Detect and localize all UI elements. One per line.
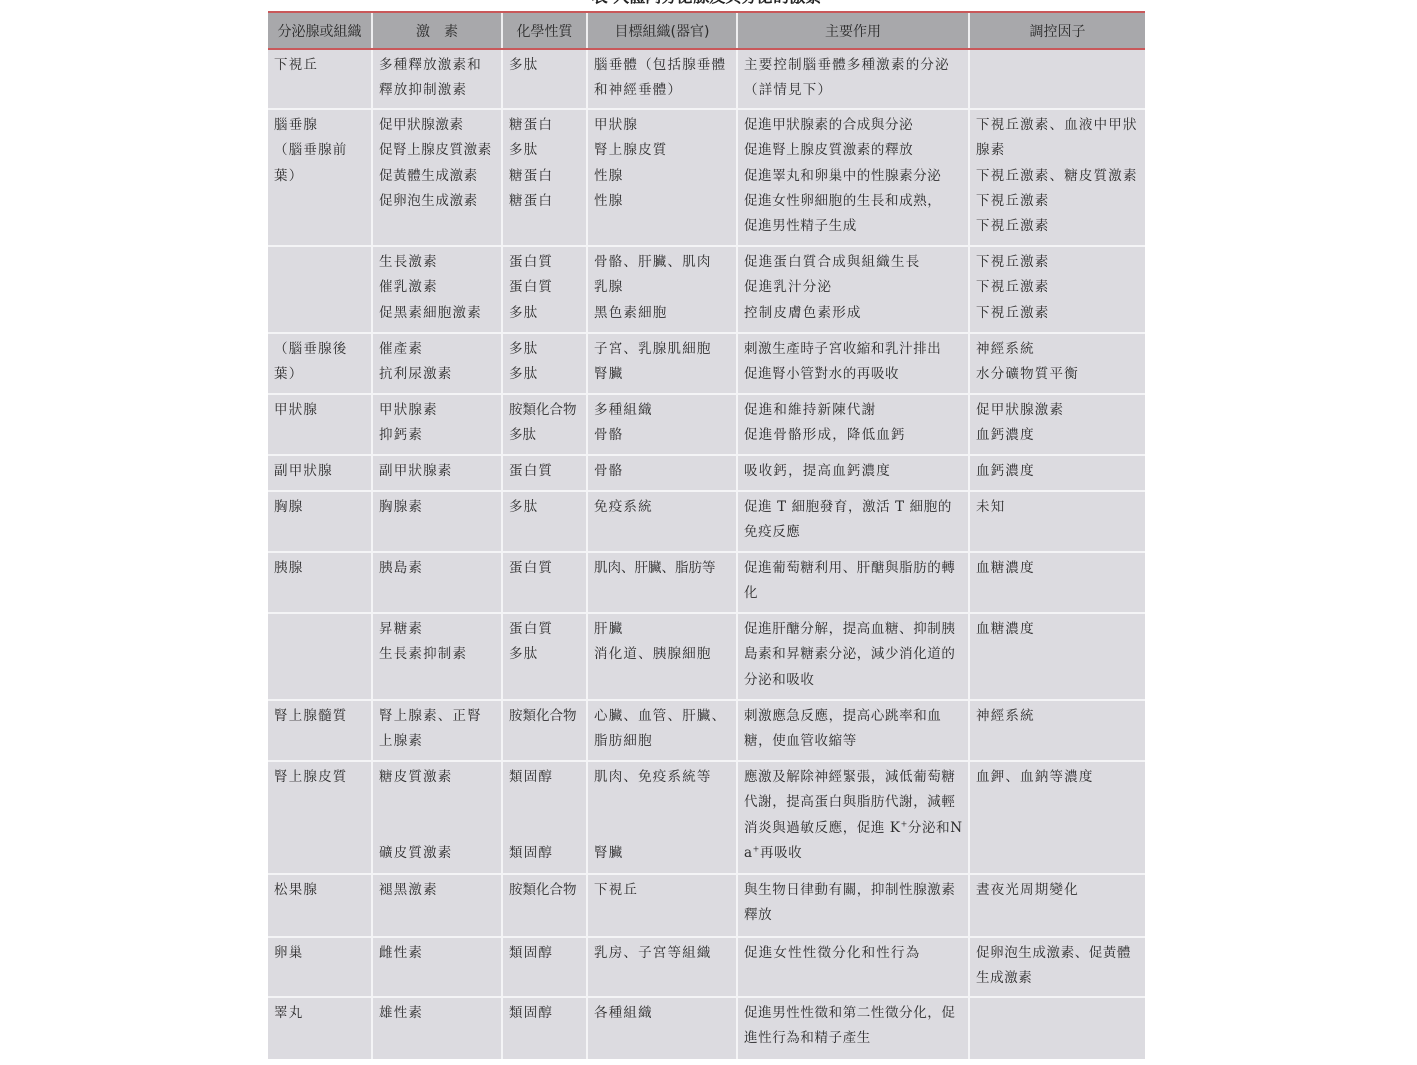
cell-function: 促進女性性徵分化和性行為 bbox=[737, 937, 969, 997]
cell-function: 刺激生產時子宮收縮和乳汁排出 促進腎小管對水的再吸收 bbox=[737, 333, 969, 394]
cell-chemistry: 糖蛋白 多肽 糖蛋白 糖蛋白 bbox=[502, 109, 587, 246]
cell-target: 下視丘 bbox=[587, 874, 737, 937]
cell-chemistry: 多肽 多肽 bbox=[502, 333, 587, 394]
cell-function: 刺激應急反應，提高心跳率和血糖，使血管收縮等 bbox=[737, 700, 969, 761]
cell-regulation: 未知 bbox=[969, 491, 1145, 552]
cell-regulation: 促甲狀腺激素 血鈣濃度 bbox=[969, 394, 1145, 455]
cell-function: 促進 T 細胞發育，激活 T 細胞的免疫反應 bbox=[737, 491, 969, 552]
cell-hormone: 多種釋放激素和釋放抑制激素 bbox=[372, 49, 502, 109]
function-text: 再吸收 bbox=[760, 845, 802, 861]
header-target: 目標組織(器官) bbox=[587, 12, 737, 49]
cell-hormone: 褪黑激素 bbox=[372, 874, 502, 937]
cell-chemistry: 胺類化合物 bbox=[502, 700, 587, 761]
cell-hormone: 生長激素 催乳激素 促黑素細胞激素 bbox=[372, 246, 502, 333]
cell-regulation bbox=[969, 997, 1145, 1059]
table-row: 腎上腺髓質 腎上腺素、正腎上腺素 胺類化合物 心臟、血管、肝臟、脂肪細胞 刺激應… bbox=[268, 700, 1145, 761]
cell-target: 甲狀腺 腎上腺皮質 性腺 性腺 bbox=[587, 109, 737, 246]
cell-target: 免疫系統 bbox=[587, 491, 737, 552]
cell-chemistry: 類固醇 類固醇 bbox=[502, 761, 587, 874]
cell-hormone: 昇糖素 生長素抑制素 bbox=[372, 613, 502, 700]
cell-regulation: 血鉀、血鈉等濃度 bbox=[969, 761, 1145, 874]
cell-regulation: 神經系統 水分礦物質平衡 bbox=[969, 333, 1145, 394]
cell-target: 骨骼、肝臟、肌肉 乳腺 黑色素細胞 bbox=[587, 246, 737, 333]
cell-regulation: 下視丘激素、血液中甲狀腺素 下視丘激素、糖皮質激素 下視丘激素 下視丘激素 bbox=[969, 109, 1145, 246]
cell-hormone: 促甲狀腺激素 促腎上腺皮質激素 促黃體生成激素 促卵泡生成激素 bbox=[372, 109, 502, 246]
table-row: 昇糖素 生長素抑制素 蛋白質 多肽 肝臟 消化道、胰腺細胞 促進肝醣分解，提高血… bbox=[268, 613, 1145, 700]
cell-target: 肝臟 消化道、胰腺細胞 bbox=[587, 613, 737, 700]
table-row: 下視丘 多種釋放激素和釋放抑制激素 多肽 腦垂體（包括腺垂體和神經垂體） 主要控… bbox=[268, 49, 1145, 109]
table-row: 卵巢 雌性素 類固醇 乳房、子宮等組織 促進女性性徵分化和性行為 促卵泡生成激素… bbox=[268, 937, 1145, 997]
table-row: 睪丸 雄性素 類固醇 各種組織 促進男性性徵和第二性徵分化，促進性行為和精子產生 bbox=[268, 997, 1145, 1059]
cell-chemistry: 類固醇 bbox=[502, 937, 587, 997]
table-row: 胰腺 胰島素 蛋白質 肌肉、肝臟、脂肪等 促進葡萄糖利用、肝醣與脂肪的轉化 血糖… bbox=[268, 552, 1145, 613]
cell-regulation: 血鈣濃度 bbox=[969, 455, 1145, 491]
cell-target: 肌肉、免疫系統等 腎臟 bbox=[587, 761, 737, 874]
cell-chemistry: 類固醇 bbox=[502, 997, 587, 1059]
cell-hormone: 雄性素 bbox=[372, 997, 502, 1059]
cell-regulation: 促卵泡生成激素、促黃體生成激素 bbox=[969, 937, 1145, 997]
cell-gland bbox=[268, 246, 372, 333]
cell-chemistry: 胺類化合物 多肽 bbox=[502, 394, 587, 455]
cell-target: 骨骼 bbox=[587, 455, 737, 491]
table-header-row: 分泌腺或組織 激 素 化學性質 目標組織(器官) 主要作用 調控因子 bbox=[268, 12, 1145, 49]
table-title: 表 人體內分泌腺及其分泌的激素 bbox=[268, 0, 1145, 7]
header-regulation: 調控因子 bbox=[969, 12, 1145, 49]
cell-chemistry: 多肽 bbox=[502, 491, 587, 552]
cell-gland: 松果腺 bbox=[268, 874, 372, 937]
cell-chemistry: 蛋白質 蛋白質 多肽 bbox=[502, 246, 587, 333]
superscript-plus: + bbox=[901, 819, 908, 828]
cell-hormone: 雌性素 bbox=[372, 937, 502, 997]
cell-target: 腦垂體（包括腺垂體和神經垂體） bbox=[587, 49, 737, 109]
cell-hormone: 腎上腺素、正腎上腺素 bbox=[372, 700, 502, 761]
cell-chemistry: 胺類化合物 bbox=[502, 874, 587, 937]
cell-regulation: 下視丘激素 下視丘激素 下視丘激素 bbox=[969, 246, 1145, 333]
cell-gland: 腎上腺髓質 bbox=[268, 700, 372, 761]
cell-function: 吸收鈣，提高血鈣濃度 bbox=[737, 455, 969, 491]
cell-function: 應激及解除神經緊張，減低葡萄糖代謝，提高蛋白與脂肪代謝，減輕消炎與過敏反應，促進… bbox=[737, 761, 969, 874]
header-gland: 分泌腺或組織 bbox=[268, 12, 372, 49]
cell-gland bbox=[268, 613, 372, 700]
cell-function: 促進甲狀腺素的合成與分泌 促進腎上腺皮質激素的釋放 促進睪丸和卵巢中的性腺素分泌… bbox=[737, 109, 969, 246]
cell-target: 心臟、血管、肝臟、脂肪細胞 bbox=[587, 700, 737, 761]
cell-hormone: 胸腺素 bbox=[372, 491, 502, 552]
superscript-plus: + bbox=[753, 845, 760, 854]
header-chemistry: 化學性質 bbox=[502, 12, 587, 49]
cell-function: 主要控制腦垂體多種激素的分泌（詳情見下） bbox=[737, 49, 969, 109]
table-row: 胸腺 胸腺素 多肽 免疫系統 促進 T 細胞發育，激活 T 細胞的免疫反應 未知 bbox=[268, 491, 1145, 552]
cell-hormone: 催產素 抗利尿激素 bbox=[372, 333, 502, 394]
cell-regulation: 血糖濃度 bbox=[969, 613, 1145, 700]
table-row: 甲狀腺 甲狀腺素 抑鈣素 胺類化合物 多肽 多種組織 骨骼 促進和維持新陳代謝 … bbox=[268, 394, 1145, 455]
cell-gland: 甲狀腺 bbox=[268, 394, 372, 455]
cell-hormone: 糖皮質激素 礦皮質激素 bbox=[372, 761, 502, 874]
cell-target: 肌肉、肝臟、脂肪等 bbox=[587, 552, 737, 613]
cell-gland: 卵巢 bbox=[268, 937, 372, 997]
cell-regulation: 晝夜光周期變化 bbox=[969, 874, 1145, 937]
cell-gland: 睪丸 bbox=[268, 997, 372, 1059]
cell-function: 促進男性性徵和第二性徵分化，促進性行為和精子產生 bbox=[737, 997, 969, 1059]
cell-function: 促進蛋白質合成與組織生長 促進乳汁分泌 控制皮膚色素形成 bbox=[737, 246, 969, 333]
cell-regulation: 神經系統 bbox=[969, 700, 1145, 761]
cell-regulation bbox=[969, 49, 1145, 109]
cell-function: 促進葡萄糖利用、肝醣與脂肪的轉化 bbox=[737, 552, 969, 613]
header-function: 主要作用 bbox=[737, 12, 969, 49]
cell-chemistry: 多肽 bbox=[502, 49, 587, 109]
cell-function: 與生物日律動有關，抑制性腺激素釋放 bbox=[737, 874, 969, 937]
endocrine-gland-table: 分泌腺或組織 激 素 化學性質 目標組織(器官) 主要作用 調控因子 下視丘 多… bbox=[268, 11, 1145, 1059]
cell-target: 子宮、乳腺肌細胞 腎臟 bbox=[587, 333, 737, 394]
cell-regulation: 血糖濃度 bbox=[969, 552, 1145, 613]
header-hormone: 激 素 bbox=[372, 12, 502, 49]
table-row: 副甲狀腺 副甲狀腺素 蛋白質 骨骼 吸收鈣，提高血鈣濃度 血鈣濃度 bbox=[268, 455, 1145, 491]
cell-gland: 腦垂腺 （腦垂腺前葉） bbox=[268, 109, 372, 246]
cell-chemistry: 蛋白質 多肽 bbox=[502, 613, 587, 700]
table-row: 腦垂腺 （腦垂腺前葉） 促甲狀腺激素 促腎上腺皮質激素 促黃體生成激素 促卵泡生… bbox=[268, 109, 1145, 246]
cell-gland: 胸腺 bbox=[268, 491, 372, 552]
cell-function: 促進和維持新陳代謝 促進骨骼形成，降低血鈣 bbox=[737, 394, 969, 455]
cell-target: 多種組織 骨骼 bbox=[587, 394, 737, 455]
cell-hormone: 胰島素 bbox=[372, 552, 502, 613]
cell-gland: 副甲狀腺 bbox=[268, 455, 372, 491]
cell-target: 各種組織 bbox=[587, 997, 737, 1059]
cell-gland: 下視丘 bbox=[268, 49, 372, 109]
table-row: （腦垂腺後葉） 催產素 抗利尿激素 多肽 多肽 子宮、乳腺肌細胞 腎臟 刺激生產… bbox=[268, 333, 1145, 394]
cell-function: 促進肝醣分解，提高血糖、抑制胰島素和昇糖素分泌，減少消化道的分泌和吸收 bbox=[737, 613, 969, 700]
cell-gland: 胰腺 bbox=[268, 552, 372, 613]
cell-gland: （腦垂腺後葉） bbox=[268, 333, 372, 394]
cell-gland: 腎上腺皮質 bbox=[268, 761, 372, 874]
table-row: 腎上腺皮質 糖皮質激素 礦皮質激素 類固醇 類固醇 肌肉、免疫系統等 腎臟 應激… bbox=[268, 761, 1145, 874]
table-row: 松果腺 褪黑激素 胺類化合物 下視丘 與生物日律動有關，抑制性腺激素釋放 晝夜光… bbox=[268, 874, 1145, 937]
cell-chemistry: 蛋白質 bbox=[502, 552, 587, 613]
cell-chemistry: 蛋白質 bbox=[502, 455, 587, 491]
cell-hormone: 甲狀腺素 抑鈣素 bbox=[372, 394, 502, 455]
table-row: 生長激素 催乳激素 促黑素細胞激素 蛋白質 蛋白質 多肽 骨骼、肝臟、肌肉 乳腺… bbox=[268, 246, 1145, 333]
cell-hormone: 副甲狀腺素 bbox=[372, 455, 502, 491]
cell-target: 乳房、子宮等組織 bbox=[587, 937, 737, 997]
